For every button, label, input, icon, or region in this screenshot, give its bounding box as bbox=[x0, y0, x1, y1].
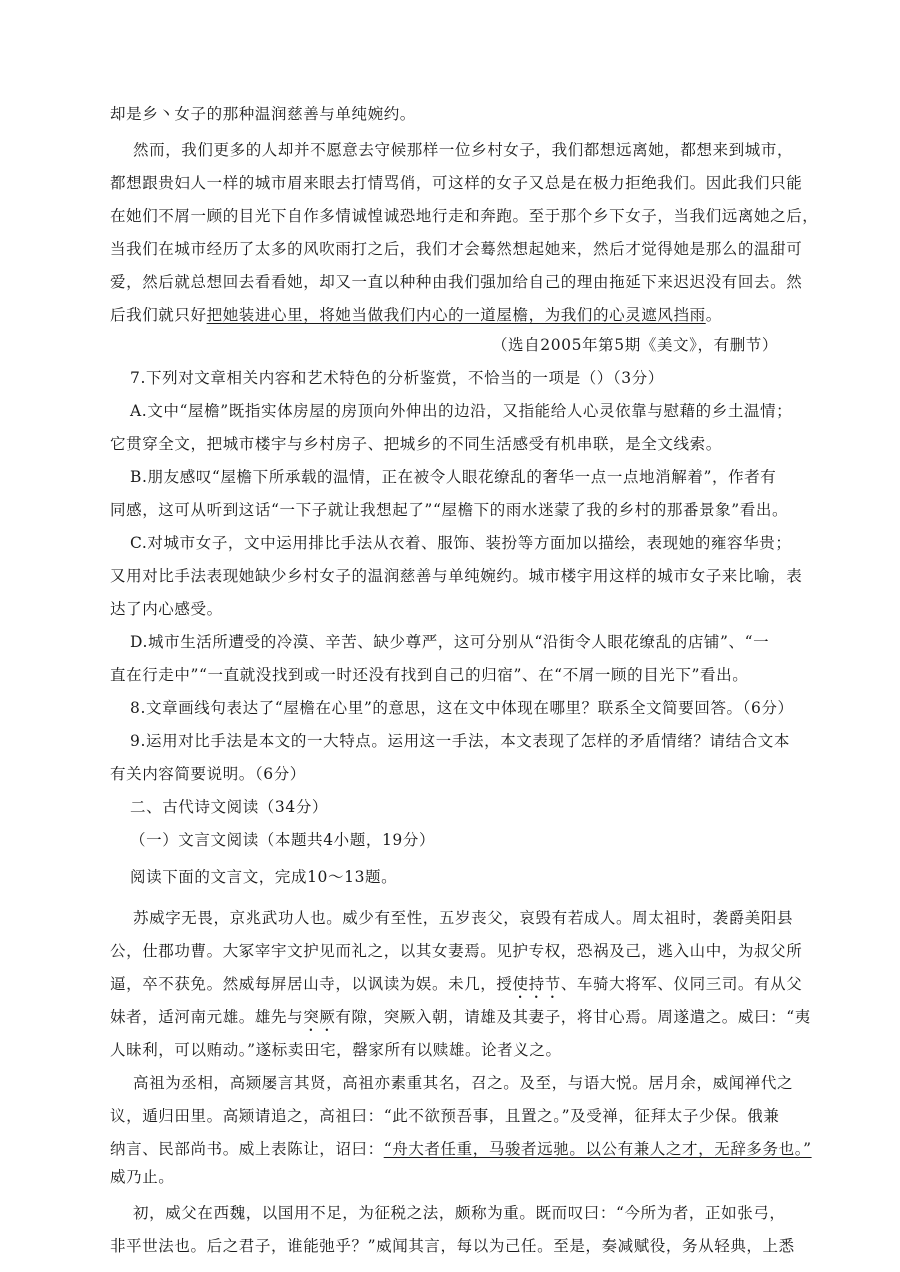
option-b-cont: 同感，这可从听到这话“一下子就让我想起了”“屋檐下的雨水迷蒙了我的乡村的那番景象… bbox=[110, 500, 788, 520]
source-citation: （选自2005年第5期《美文》，有删节） bbox=[492, 335, 778, 355]
passage-line: 都想跟贵妇人一样的城市眉来眼去打情骂俏，可这样的女子又总是在极力拒绝我们。因此我… bbox=[110, 173, 802, 193]
option-d: D.城市生活所遭受的冷漠、辛苦、缺少尊严，这可分别从“沿街令人眼花缭乱的店铺”、… bbox=[130, 632, 769, 652]
text: 妹者，适河南元雄。雄先与 bbox=[110, 1008, 303, 1026]
passage-line: 当我们在城市经历了太多的风吹雨打之后，我们才会蓦然想起她来，然后才觉得她是那么的… bbox=[110, 239, 802, 259]
passage-line: 爱，然后就总想回去看看她，却又一直以种种由我们强加给自己的理由拖延下来迟迟没有回… bbox=[110, 272, 802, 292]
classical-line: 高祖为丞相，高颎屡言其贤，高祖亦素重其名，召之。及至，与语大悦。居月余，威闻禅代… bbox=[133, 1073, 793, 1093]
underlined-sentence: “舟大者任重，马骏者远驰。以公有兼人之才，无辞多务也。” bbox=[384, 1140, 812, 1158]
question-7-stem: 7.下列对文章相关内容和艺术特色的分析鉴赏，不恰当的一项是（）（3分） bbox=[130, 368, 664, 388]
option-d-cont: 直在行走中”“一直就没找到或一时还没有找到自己的归宿”、在“不屑一顾的目光下”看… bbox=[110, 665, 748, 685]
question-9-cont: 有关内容简要说明。（6分） bbox=[110, 764, 306, 784]
emphasis-dotted-term: 突厥 bbox=[303, 1008, 335, 1026]
question-9: 9.运用对比手法是本文的一大特点。运用这一手法，本文表现了怎样的矛盾情绪？请结合… bbox=[130, 731, 790, 751]
section-title: 二、古代诗文阅读（34分） bbox=[130, 797, 328, 817]
option-b: B.朋友感叹“屋檐下所承载的温情，正在被令人眼花缭乱的奢华一点一点地消解着”，作… bbox=[130, 467, 776, 487]
option-c: C.对城市女子，文中运用排比手法从衣着、服饰、装扮等方面加以描绘，表现她的雍容华… bbox=[130, 533, 791, 553]
passage-line: 却是乡丶女子的那种温润慈善与单纯婉约。 bbox=[110, 104, 416, 124]
classical-line: 威乃止。 bbox=[110, 1167, 174, 1187]
text: 有隙，突厥入朝，请雄及其妻子，将甘心焉。周遂遣之。威曰：“夷 bbox=[335, 1008, 810, 1026]
text: 纳言、民部尚书。威上表陈让，诏曰： bbox=[110, 1140, 384, 1158]
option-c-cont: 达了内心感受。 bbox=[110, 599, 223, 619]
classical-line: 人昧利，可以贿动。”遂标卖田宅，罄家所有以赎雄。论者义之。 bbox=[110, 1040, 562, 1060]
classical-line: 苏威字无畏，京兆武功人也。威少有至性，五岁丧父，哀毁有若成人。周太祖时，袭爵美阳… bbox=[133, 908, 793, 928]
passage-line: 然而，我们更多的人却并不愿意去守候那样一位乡村女子，我们都想远离她，都想来到城市… bbox=[133, 140, 793, 160]
classical-line: 逼，卒不获免。然威每屏居山寺，以讽读为娱。未几，授使持节、车骑大将军、仪同三司。… bbox=[110, 974, 802, 1002]
classical-line: 初，威父在西魏，以国用不足，为征税之法，颇称为重。既而叹曰：“今所为者，正如张弓… bbox=[133, 1203, 786, 1223]
option-a: A.文中“屋檐”既指实体房屋的房顶向外伸出的边沿，又指能给人心灵依靠与慰藉的乡土… bbox=[130, 401, 792, 421]
section-subtitle: （一）文言文阅读（本题共4小题，19分） bbox=[130, 830, 435, 850]
emphasis-dotted-term: 使持节 bbox=[513, 975, 561, 993]
underlined-sentence: 把她装进心里，将她当做我们内心的一道屋檐，为我们的心灵遮风挡雨 bbox=[207, 306, 706, 324]
classical-line: 妹者，适河南元雄。雄先与突厥有隙，突厥入朝，请雄及其妻子，将甘心焉。周遂遣之。威… bbox=[110, 1007, 811, 1035]
question-8: 8.文章画线句表达了“屋檐在心里”的意思，这在文中体现在哪里？联系全文简要回答。… bbox=[130, 698, 794, 718]
text: 。 bbox=[706, 306, 722, 324]
classical-line: 议，遁归田里。高颎请追之，高祖曰：“此不欲预吾事，且置之。”及受禅，征拜太子少保… bbox=[110, 1106, 779, 1126]
classical-line: 纳言、民部尚书。威上表陈让，诏曰：“舟大者任重，马骏者远驰。以公有兼人之才，无辞… bbox=[110, 1139, 812, 1159]
passage-line: 在她们不屑一顾的目光下自作多情诚惶诚恐地行走和奔跑。至于那个乡下女子，当我们远离… bbox=[110, 206, 818, 226]
text: 后我们就只好 bbox=[110, 306, 207, 324]
option-a-cont: 它贯穿全文，把城市楼宇与乡村房子、把城乡的不同生活感受有机串联，是全文线索。 bbox=[110, 434, 722, 454]
text: 逼，卒不获免。然威每屏居山寺，以讽读为娱。未几，授 bbox=[110, 975, 513, 993]
passage-last-line: 后我们就只好把她装进心里，将她当做我们内心的一道屋檐，为我们的心灵遮风挡雨。 bbox=[110, 305, 722, 325]
section-instruction: 阅读下面的文言文，完成10～13题。 bbox=[130, 867, 397, 887]
text: 、车骑大将军、仪同三司。有从父 bbox=[561, 975, 803, 993]
classical-line: 公，仕郡功曹。大冢宰宇文护见而礼之，以其女妻焉。见护专权，恐祸及己，逃入山中，为… bbox=[110, 941, 802, 961]
option-c-cont: 又用对比手法表现她缺少乡村女子的温润慈善与单纯婉约。城市楼宇用这样的城市女子来比… bbox=[110, 566, 802, 586]
classical-line: 非平世法也。后之君子，谁能弛乎？”威闻其言，每以为己任。至是，奏减赋役，务从轻典… bbox=[110, 1236, 795, 1256]
